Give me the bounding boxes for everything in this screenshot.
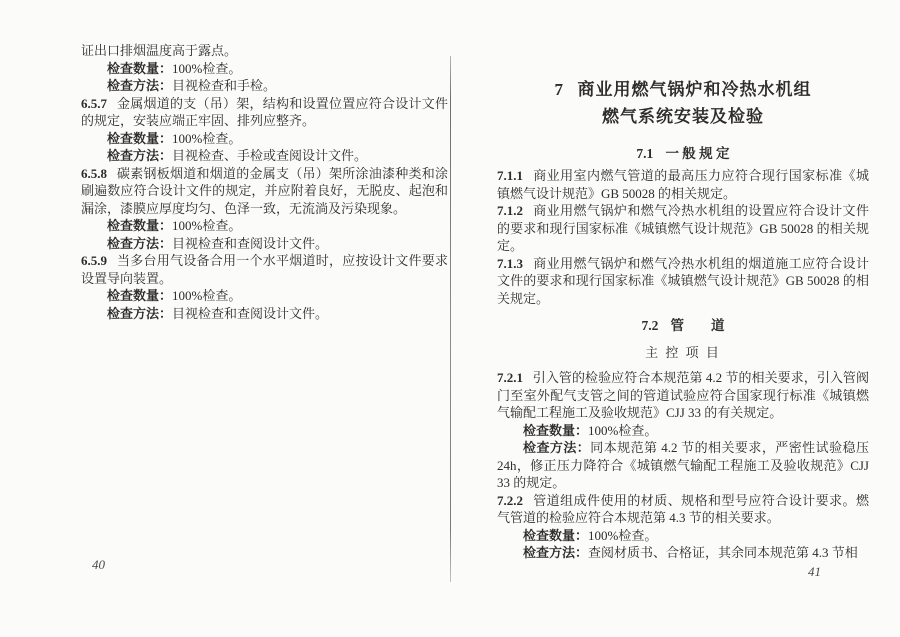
section-number: 7.1: [636, 146, 665, 161]
chapter-heading-line1: 7商业用燃气锅炉和冷热水机组: [497, 76, 869, 103]
check-line: 检查方法：查阅材质书、合格证，其余同本规范第 4.3 节相: [497, 544, 869, 562]
clause-paragraph: 6.5.8碳素钢板烟道和烟道的金属支（吊）架所涂油漆种类和涂刷遍数应符合设计文件…: [81, 165, 448, 218]
clause-text: 碳素钢板烟道和烟道的金属支（吊）架所涂油漆种类和涂刷遍数应符合设计文件的规定，并…: [81, 166, 448, 216]
check-text: 100%检查。: [172, 218, 241, 233]
check-text: 100%检查。: [172, 131, 241, 146]
section-heading: 7.1一 般 规 定: [497, 145, 869, 163]
check-text: 目视检查和手检。: [172, 78, 276, 93]
section-number: 7.2: [641, 318, 670, 333]
section-title: 管 道: [671, 318, 725, 333]
check-line: 检查方法：目视检查和查阅设计文件。: [81, 235, 448, 253]
check-line: 检查数量：100%检查。: [81, 287, 448, 305]
check-label: 检查方法：: [107, 78, 172, 93]
clause-text: 商业用燃气锅炉和燃气冷热水机组的烟道施工应符合设计文件的要求和现行国家标准《城镇…: [497, 256, 869, 306]
clause-text: 商业用燃气锅炉和燃气冷热水机组的设置应符合设计文件的要求和现行国家标准《城镇燃气…: [497, 203, 869, 253]
clause-paragraph: 7.2.2管道组成件使用的材质、规格和型号应符合设计要求。燃气管道的检验应符合本…: [497, 492, 869, 527]
clause-paragraph: 7.1.2商业用燃气锅炉和燃气冷热水机组的设置应符合设计文件的要求和现行国家标准…: [497, 202, 869, 255]
check-label: 检查数量：: [107, 61, 172, 76]
right-page-body: 7.1一 般 规 定7.1.1商业用室内燃气管道的最高压力应符合现行国家标准《城…: [497, 145, 869, 562]
clause-number: 7.2.2: [497, 493, 533, 508]
chapter-title-part2: 燃气系统安装及检验: [497, 103, 869, 130]
clause-text: 引入管的检验应符合本规范第 4.2 节的相关要求，引入管阀门至室外配气支管之间的…: [497, 370, 869, 420]
check-line: 检查方法：目视检查和手检。: [81, 77, 448, 95]
left-page-text-column: 证出口排烟温度高于露点。检查数量：100%检查。检查方法：目视检查和手检。6.5…: [81, 42, 448, 322]
check-text: 目视检查、手检或查阅设计文件。: [172, 148, 367, 163]
check-label: 检查方法：: [523, 545, 588, 560]
clause-paragraph: 7.2.1引入管的检验应符合本规范第 4.2 节的相关要求，引入管阀门至室外配气…: [497, 369, 869, 422]
check-line: 检查方法：同本规范第 4.2 节的相关要求，严密性试验稳压 24h，修正压力降符…: [497, 439, 869, 492]
clause-paragraph: 7.1.3商业用燃气锅炉和燃气冷热水机组的烟道施工应符合设计文件的要求和现行国家…: [497, 255, 869, 308]
continuation-text: 证出口排烟温度高于露点。: [81, 42, 448, 60]
chapter-heading: 7商业用燃气锅炉和冷热水机组 燃气系统安装及检验: [497, 76, 869, 130]
page-gutter-line: [450, 56, 451, 582]
check-line: 检查数量：100%检查。: [81, 130, 448, 148]
clause-number: 7.2.1: [497, 370, 533, 385]
clause-number: 7.1.2: [497, 203, 533, 218]
clause-number: 7.1.1: [497, 168, 533, 183]
check-text: 查阅材质书、合格证，其余同本规范第 4.3 节相: [588, 545, 858, 560]
check-label: 检查方法：: [107, 306, 172, 321]
page-number-left: 40: [92, 556, 105, 574]
section-title: 一 般 规 定: [665, 146, 729, 161]
check-line: 检查数量：100%检查。: [81, 60, 448, 78]
clause-paragraph: 7.1.1商业用室内燃气管道的最高压力应符合现行国家标准《城镇燃气设计规范》GB…: [497, 167, 869, 202]
check-label: 检查数量：: [523, 423, 588, 438]
chapter-number: 7: [554, 80, 577, 99]
scanned-book-spread: 证出口排烟温度高于露点。检查数量：100%检查。检查方法：目视检查和手检。6.5…: [0, 0, 900, 637]
clause-paragraph: 6.5.9当多台用气设备合用一个水平烟道时，应按设计文件要求设置导向装置。: [81, 252, 448, 287]
check-label: 检查数量：: [523, 528, 588, 543]
clause-number: 6.5.9: [81, 253, 117, 268]
clause-text: 管道组成件使用的材质、规格和型号应符合设计要求。燃气管道的检验应符合本规范第 4…: [497, 493, 869, 526]
chapter-title-part1: 商业用燃气锅炉和冷热水机组: [578, 80, 812, 99]
check-line: 检查方法：目视检查和查阅设计文件。: [81, 305, 448, 323]
right-page-text-column: 7商业用燃气锅炉和冷热水机组 燃气系统安装及检验 7.1一 般 规 定7.1.1…: [497, 76, 869, 562]
section-heading: 7.2管 道: [497, 317, 869, 335]
check-label: 检查方法：: [107, 236, 172, 251]
check-label: 检查方法：: [107, 148, 172, 163]
check-line: 检查数量：100%检查。: [497, 527, 869, 545]
check-text: 目视检查和查阅设计文件。: [172, 306, 328, 321]
page-number-right: 41: [808, 563, 821, 581]
check-text: 目视检查和查阅设计文件。: [172, 236, 328, 251]
clause-text: 商业用室内燃气管道的最高压力应符合现行国家标准《城镇燃气设计规范》GB 5002…: [497, 168, 869, 201]
check-label: 检查数量：: [107, 218, 172, 233]
check-text: 100%检查。: [172, 61, 241, 76]
check-text: 100%检查。: [588, 423, 657, 438]
check-text: 100%检查。: [588, 528, 657, 543]
check-text: 100%检查。: [172, 288, 241, 303]
clause-paragraph: 6.5.7金属烟道的支（吊）架，结构和设置位置应符合设计文件的规定，安装应端正牢…: [81, 95, 448, 130]
clause-text: 金属烟道的支（吊）架，结构和设置位置应符合设计文件的规定，安装应端正牢固、排列应…: [81, 96, 448, 129]
check-line: 检查方法：目视检查、手检或查阅设计文件。: [81, 147, 448, 165]
clause-number: 7.1.3: [497, 256, 533, 271]
clause-number: 6.5.8: [81, 166, 117, 181]
clause-number: 6.5.7: [81, 96, 117, 111]
subheading: 主 控 项 目: [497, 345, 869, 361]
check-label: 检查数量：: [107, 288, 172, 303]
check-label: 检查数量：: [107, 131, 172, 146]
check-line: 检查数量：100%检查。: [497, 422, 869, 440]
check-line: 检查数量：100%检查。: [81, 217, 448, 235]
clause-text: 当多台用气设备合用一个水平烟道时，应按设计文件要求设置导向装置。: [81, 253, 448, 286]
check-label: 检查方法：: [523, 440, 590, 455]
